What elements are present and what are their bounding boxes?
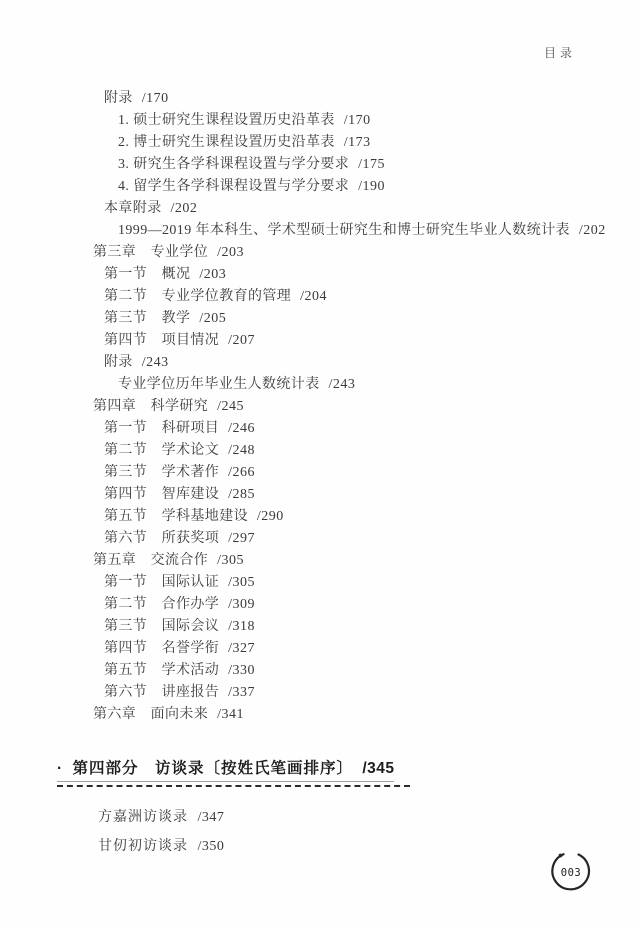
toc-entry-title: 第三章 专业学位 <box>93 245 208 260</box>
toc-entry-page: /327 <box>228 641 255 656</box>
toc-entry-page: /248 <box>228 443 255 458</box>
toc-entry-title: 第四节 智库建设 <box>104 487 219 502</box>
toc-entry-page: /203 <box>199 267 226 282</box>
toc-entry-page: /305 <box>228 575 255 590</box>
toc-row: 2. 博士研究生课程设置历史沿革表 /173 <box>57 132 602 154</box>
running-head-title: 目录 <box>544 44 576 61</box>
toc-row: 第二节 专业学位教育的管理 /204 <box>57 286 602 308</box>
interview-entry-title: 甘仞初访谈录 <box>98 839 188 854</box>
toc-entry-page: /341 <box>217 707 244 722</box>
toc-row: 第一节 科研项目 /246 <box>57 418 602 440</box>
toc-entry-title: 附录 <box>104 91 133 106</box>
toc-entry-page: /297 <box>228 531 255 546</box>
part-heading-dashed-rule: · 第四部分 访谈录〔按姓氏笔画排序〕 /345 <box>57 756 410 787</box>
toc-row: 第二节 合作办学 /309 <box>57 594 602 616</box>
toc-entry-title: 2. 博士研究生课程设置历史沿革表 <box>118 135 335 150</box>
toc-entry-title: 1. 硕士研究生课程设置历史沿革表 <box>118 113 335 128</box>
toc-entry-page: /170 <box>142 91 169 106</box>
interview-row: 方嘉洲访谈录 /347 <box>57 803 602 832</box>
page-number-badge: 003 <box>549 850 593 894</box>
toc-entry-page: /205 <box>199 311 226 326</box>
toc-entry-title: 4. 留学生各学科课程设置与学分要求 <box>118 179 349 194</box>
toc-entry-title: 本章附录 <box>104 201 162 216</box>
toc-row: 第一节 国际认证 /305 <box>57 572 602 594</box>
toc-row: 1999—2019 年本科生、学术型硕士研究生和博士研究生毕业人数统计表 /20… <box>57 220 602 242</box>
toc-entry-title: 第五章 交流合作 <box>93 553 208 568</box>
toc-entry-page: /175 <box>358 157 385 172</box>
interview-entry-page: /347 <box>198 810 225 825</box>
toc-entry-page: /318 <box>228 619 255 634</box>
toc-entry-title: 第二节 专业学位教育的管理 <box>104 289 291 304</box>
toc-row: 1. 硕士研究生课程设置历史沿革表 /170 <box>57 110 602 132</box>
toc-row: 第六节 讲座报告 /337 <box>57 682 602 704</box>
toc-entry-title: 第三节 学术著作 <box>104 465 219 480</box>
toc-row: 第二节 学术论文 /248 <box>57 440 602 462</box>
toc-entry-page: /202 <box>579 223 606 238</box>
toc-entry-page: /266 <box>228 465 255 480</box>
toc-row: 第五节 学科基地建设 /290 <box>57 506 602 528</box>
document-page: 目录 附录 /170 1. 硕士研究生课程设置历史沿革表 /170 2. 博士研… <box>0 0 640 926</box>
page-number: 003 <box>549 850 593 894</box>
toc-entry-title: 第三节 国际会议 <box>104 619 219 634</box>
toc-list: 附录 /170 1. 硕士研究生课程设置历史沿革表 /170 2. 博士研究生课… <box>57 88 602 726</box>
toc-row: 第四节 名誉学衔 /327 <box>57 638 602 660</box>
toc-entry-page: /285 <box>228 487 255 502</box>
toc-row: 第三节 国际会议 /318 <box>57 616 602 638</box>
toc-row: 第四节 智库建设 /285 <box>57 484 602 506</box>
part-heading-page: /345 <box>362 760 394 777</box>
toc-row: 本章附录 /202 <box>57 198 602 220</box>
toc-row: 4. 留学生各学科课程设置与学分要求 /190 <box>57 176 602 198</box>
toc-entry-page: /190 <box>358 179 385 194</box>
toc-entry-page: /305 <box>217 553 244 568</box>
toc-row: 专业学位历年毕业生人数统计表 /243 <box>57 374 602 396</box>
toc-entry-title: 第一节 科研项目 <box>104 421 219 436</box>
toc-entry-page: /245 <box>217 399 244 414</box>
toc-row: 附录 /170 <box>57 88 602 110</box>
toc-row: 第六章 面向未来 /341 <box>57 704 602 726</box>
toc-row: 第四节 项目情况 /207 <box>57 330 602 352</box>
toc-row: 第一节 概况 /203 <box>57 264 602 286</box>
toc-entry-title: 第五节 学术活动 <box>104 663 219 678</box>
part-heading-title: 第四部分 访谈录〔按姓氏笔画排序〕 <box>72 760 353 777</box>
toc-row: 第三节 学术著作 /266 <box>57 462 602 484</box>
toc-entry-title: 第六节 所获奖项 <box>104 531 219 546</box>
toc-entry-title: 第二节 合作办学 <box>104 597 219 612</box>
toc-entry-page: /337 <box>228 685 255 700</box>
toc-entry-page: /246 <box>228 421 255 436</box>
toc-row: 第三节 教学 /205 <box>57 308 602 330</box>
toc-row: 第四章 科学研究 /245 <box>57 396 602 418</box>
toc-entry-title: 第三节 教学 <box>104 311 190 326</box>
toc-entry-page: /203 <box>217 245 244 260</box>
toc-entry-page: /202 <box>171 201 198 216</box>
toc-entry-title: 第一节 国际认证 <box>104 575 219 590</box>
toc-entry-title: 附录 <box>104 355 133 370</box>
toc-row: 3. 研究生各学科课程设置与学分要求 /175 <box>57 154 602 176</box>
toc-row: 第五节 学术活动 /330 <box>57 660 602 682</box>
toc-entry-page: /309 <box>228 597 255 612</box>
toc-entry-title: 第四节 项目情况 <box>104 333 219 348</box>
toc-entry-page: /207 <box>228 333 255 348</box>
toc-entry-title: 3. 研究生各学科课程设置与学分要求 <box>118 157 349 172</box>
toc-entry-page: /243 <box>142 355 169 370</box>
toc-row: 第三章 专业学位 /203 <box>57 242 602 264</box>
toc-row: 附录 /243 <box>57 352 602 374</box>
part-heading-solid-rule: · 第四部分 访谈录〔按姓氏笔画排序〕 /345 <box>57 756 394 782</box>
toc-entry-title: 第六章 面向未来 <box>93 707 208 722</box>
toc-entry-title: 1999—2019 年本科生、学术型硕士研究生和博士研究生毕业人数统计表 <box>118 223 570 238</box>
heading-bullet-icon: · <box>57 760 62 778</box>
toc-entry-title: 第六节 讲座报告 <box>104 685 219 700</box>
toc-entry-title: 第四章 科学研究 <box>93 399 208 414</box>
toc-entry-page: /243 <box>329 377 356 392</box>
toc-entry-title: 第五节 学科基地建设 <box>104 509 248 524</box>
toc-row: 第六节 所获奖项 /297 <box>57 528 602 550</box>
toc-entry-title: 第二节 学术论文 <box>104 443 219 458</box>
toc-entry-page: /204 <box>300 289 327 304</box>
toc-entry-page: /290 <box>257 509 284 524</box>
interview-entry-page: /350 <box>198 839 225 854</box>
toc-entry-title: 专业学位历年毕业生人数统计表 <box>118 377 320 392</box>
toc-row: 第五章 交流合作 /305 <box>57 550 602 572</box>
toc-entry-title: 第一节 概况 <box>104 267 190 282</box>
toc-entry-page: /330 <box>228 663 255 678</box>
toc-entry-page: /170 <box>344 113 371 128</box>
interview-list: 方嘉洲访谈录 /347 甘仞初访谈录 /350 <box>57 803 602 861</box>
toc-entry-title: 第四节 名誉学衔 <box>104 641 219 656</box>
interview-entry-title: 方嘉洲访谈录 <box>98 810 188 825</box>
part-heading: · 第四部分 访谈录〔按姓氏笔画排序〕 /345 <box>57 756 602 787</box>
interview-row: 甘仞初访谈录 /350 <box>57 832 602 861</box>
toc-content: 附录 /170 1. 硕士研究生课程设置历史沿革表 /170 2. 博士研究生课… <box>57 88 602 861</box>
toc-entry-page: /173 <box>344 135 371 150</box>
